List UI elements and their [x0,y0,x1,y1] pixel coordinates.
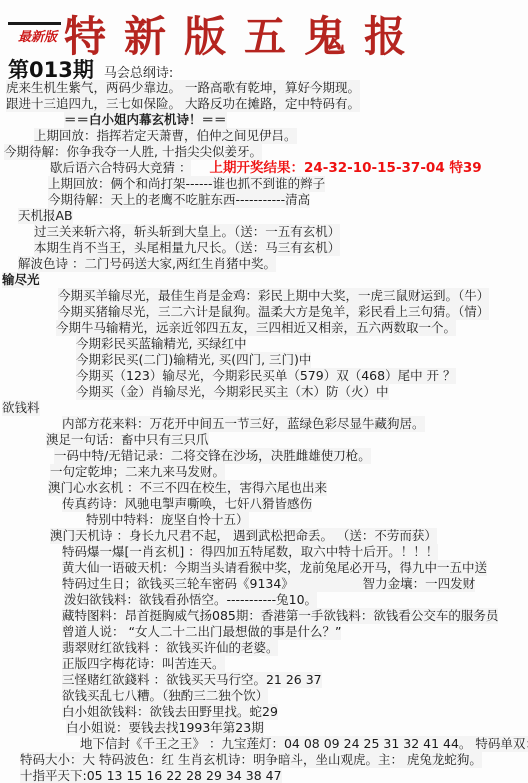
text-line: 特码过生日；欲钱买三轮车密码《9134》 智力金壤：一四发财 [0,576,528,592]
text-line: 特别中特料：庞坚自怜十五） [0,512,528,528]
text-line: 上期回放：指挥若定天萧曹，伯仲之间见伊吕。 [0,128,528,144]
line-text: 传真药诗：风驰电掣声嘶唤，七奸八猾皆感伤 [62,496,312,512]
line-text: 上期回放：指挥若定天萧曹，伯仲之间见伊吕。 [34,128,297,144]
line-text: 特别中特料：庞坚自怜十五） [86,512,249,528]
text-line: 今期买（123）输尽光，今期彩民买单（579）双（468）尾中 开 ？ [0,368,528,384]
text-line: 泼妇欲钱料：欲钱看孙悟空。-----------兔10。 [0,592,528,608]
line-text: 三怪赌红欲錢料 ：欲钱买天马行空。21 26 37 [62,672,322,688]
text-line: 今期买（金）肖输尽光，今期彩民买主（木）防（火）中 [0,384,528,400]
line-text: 一码中特/无错记录：二将交锋在沙场，决胜雌雄使刀枪。 [54,448,371,464]
line-text: 今期买猪输尽光，三二六计是鼠狗。温柔大方是兔羊，彩民看上三句猜。（情） [58,304,489,320]
line-text: 藏特图料：昂首挺胸威气扬085期：香港第一手欲钱料：欲钱看公交车的服务员 [62,608,498,624]
line-text: 今期彩民买(二门)输精光, 买(四门, 三门)中 [76,352,311,368]
text-line: 白小姐说：要钱去找1993年第23期 [0,720,528,736]
text-line: 过三关来斩六将，斩头斩到大皇上。（送：一五有玄机） [0,224,528,240]
text-line: 今期买羊输尽光，最佳生肖是金鸡：彩民上期中大奖，一虎三鼠财运到。（牛） [0,288,528,304]
text-line: 澳足一句话：畜中只有三只爪 [0,432,528,448]
text-line: 藏特图料：昂首挺胸威气扬085期：香港第一手欲钱料：欲钱看公交车的服务员 [0,608,528,624]
line-text: 今期买（123）输尽光，今期彩民买单（579）双（468）尾中 开 ？ [76,368,456,384]
text-line: ＝＝白小姐内幕玄机诗！＝＝ [0,112,528,128]
line-text: 澳足一句话：畜中只有三只爪 [46,432,209,448]
text-line: 黄大仙一语破天机：今期当头请看猴中奖，龙前兔尾必开马，得九中一五中送 [0,560,528,576]
line-text: 内部方花来料：万花开中间五一节三好，蓝绿色彩尽显牛藏狗居。 [62,416,425,432]
line-text: 白小姐欲钱料：欲钱去田野里找。蛇29 [62,704,278,720]
text-line: 欲钱料 [0,400,528,416]
content-lines: 虎来生机生紫气，两码少靠边。 一路高歌有乾坤，算好今期现。跟进十三追四九，三七如… [0,80,528,783]
line-text: 今期买（金）肖输尽光，今期彩民买主（木）防（火）中 [76,384,389,400]
line-text: 白小姐说：要钱去找1993年第23期 [66,720,264,736]
text-line: 今期待解：你争我夺一人胜, 十指尖尖似姜牙。 [0,144,528,160]
text-line: 澳门天机诗 ：身长九尺君不起， 遇到武松把命丢。 （送：不劳而获） [0,528,528,544]
line-text: 过三关来斩六将，斩头斩到大皇上。（送：一五有玄机） [34,224,340,240]
text-line: 跟进十三追四九，三七如保险。 大路反功在摊路，定中特码有。 [0,96,528,112]
text-line: 今期买猪输尽光，三二六计是鼠狗。温柔大方是兔羊，彩民看上三句猜。（情） [0,304,528,320]
newspaper-page: 最新版 特新版五鬼报 第013期 马会总纲诗: 虎来生机生紫气，两码少靠边。 一… [0,0,528,783]
text-line: 今期牛马输精光，远亲近邻四五友，三四相近又相亲，五六两数取一个。 [0,320,528,336]
text-line: 内部方花来料：万花开中间五一节三好，蓝绿色彩尽显牛藏狗居。 [0,416,528,432]
line-text: 今期待解：你争我夺一人胜, 十指尖尖似姜牙。 [4,144,262,160]
text-line: 地下信封《千王之王》 ：九宝莲灯：04 08 09 24 25 31 32 41… [0,736,528,752]
line-text: 虎来生机生紫气，两码少靠边。 一路高歌有乾坤，算好今期现。 [6,80,360,96]
text-line: 翡翠财红欲钱料 ：欲钱买许仙的老婆。 [0,640,528,656]
line-text: 特码大小：大 特码波色：红 生肖玄机诗：明争暗斗，坐山观虎。主： 虎兔龙蛇狗。 [20,752,482,768]
line-text: 特码爆一爆[一肖玄机] ：得四加五特尾数，取六中特十后开。！！！ [62,544,438,560]
text-line: 曾道人说： “女人二十二出门最想做的事是什么？” [0,624,528,640]
text-line: 传真药诗：风驰电掣声嘶唤，七奸八猾皆感伤 [0,496,528,512]
line-text: 泼妇欲钱料：欲钱看孙悟空。-----------兔10。 [64,592,317,608]
line-text: 今期待解：天上的老鹰不吃脏东西-----------清高 [48,192,310,208]
text-line: 解波色诗 ：二门号码送大家,两红生肖猪中奖。 [0,256,528,272]
text-line: 今期待解：天上的老鹰不吃脏东西-----------清高 [0,192,528,208]
text-line: 澳门心水玄机 ：不三不四在校生，害得六尾也出来 [0,480,528,496]
line-text: 本期生肖不当王，头尾相量九尺长。（送：马三有玄机） [34,240,340,256]
line-text: 欲钱料 [2,400,40,416]
text-line: 欲钱买乱七八糟。（独酌三二独个饮） [0,688,528,704]
line-text: 一句定乾坤；二来九来马发财。 [50,464,225,480]
text-line: 正版四字梅花诗：叫苦连天。 [0,656,528,672]
text-line: 特码爆一爆[一肖玄机] ：得四加五特尾数，取六中特十后开。！！！ [0,544,528,560]
line-text: 澳门心水玄机 ：不三不四在校生，害得六尾也出来 [48,480,327,496]
masthead: 最新版 特新版五鬼报 [0,0,528,56]
line-text: ＝＝白小姐内幕玄机诗！＝＝ [64,112,227,128]
text-line: 虎来生机生紫气，两码少靠边。 一路高歌有乾坤，算好今期现。 [0,80,528,96]
line-text: 今期买羊输尽光，最佳生肖是金鸡：彩民上期中大奖，一虎三鼠财运到。（牛） [58,288,489,304]
text-line: 上期回放：俩个和尚打架------谁也抓不到谁的辫子 [0,176,528,192]
edition-badge: 最新版 [8,22,61,45]
text-line: 天机报AB [0,208,528,224]
text-line: 一码中特/无错记录：二将交锋在沙场，决胜雌雄使刀枪。 [0,448,528,464]
line-text: 今期牛马输精光，远亲近邻四五友，三四相近又相亲，五六两数取一个。 [56,320,456,336]
line-text: 正版四字梅花诗：叫苦连天。 [62,656,225,672]
line-text: 十指平天下:05 13 15 16 22 28 29 34 38 47 [20,768,282,783]
line-text: 翡翠财红欲钱料 ：欲钱买许仙的老婆。 [62,640,278,656]
line-text: 解波色诗 ：二门号码送大家,两红生肖猪中奖。 [18,256,276,272]
line-text: 曾道人说： “女人二十二出门最想做的事是什么？” [62,624,341,640]
line-text: 欲钱买乱七八糟。（独酌三二独个饮） [62,688,268,704]
text-line: 本期生肖不当王，头尾相量九尺长。（送：马三有玄机） [0,240,528,256]
line-text: 黄大仙一语破天机：今期当头请看猴中奖，龙前兔尾必开马，得九中一五中送 [62,560,487,576]
line-text: 输尽光 [2,272,40,288]
last-draw-result: 上期开奖结果：24-32-10-15-37-04 特39 [209,160,481,176]
text-line: 一句定乾坤；二来九来马发财。 [0,464,528,480]
text-line: 今期彩民买(二门)输精光, 买(四门, 三门)中 [0,352,528,368]
line-text: 特码过生日；欲钱买三轮车密码《9134》 智力金壤：一四发财 [62,576,475,592]
line-text: 歇后语六合特码大竞猜 ： [50,160,191,176]
text-line: 白小姐欲钱料：欲钱去田野里找。蛇29 [0,704,528,720]
text-line: 特码大小：大 特码波色：红 生肖玄机诗：明争暗斗，坐山观虎。主： 虎兔龙蛇狗。 [0,752,528,768]
line-text: 今期彩民买蓝输精光, 买绿红中 [76,336,246,352]
text-line: 今期彩民买蓝输精光, 买绿红中 [0,336,528,352]
line-text: 天机报AB [18,208,73,224]
text-line: 十指平天下:05 13 15 16 22 28 29 34 38 47 [0,768,528,783]
text-line: 三怪赌红欲錢料 ：欲钱买天马行空。21 26 37 [0,672,528,688]
line-text: 跟进十三追四九，三七如保险。 大路反功在摊路，定中特码有。 [6,96,360,112]
issue-subtitle: 马会总纲诗: [104,62,173,81]
text-line: 歇后语六合特码大竞猜 ：上期开奖结果：24-32-10-15-37-04 特39 [0,160,528,176]
line-text: 地下信封《千王之王》 ：九宝莲灯：04 08 09 24 25 31 32 41… [80,736,528,752]
line-text: 澳门天机诗 ：身长九尺君不起， 遇到武松把命丢。 （送：不劳而获） [50,528,437,544]
line-text: 上期回放：俩个和尚打架------谁也抓不到谁的辫子 [48,176,325,192]
text-line: 输尽光 [0,272,528,288]
